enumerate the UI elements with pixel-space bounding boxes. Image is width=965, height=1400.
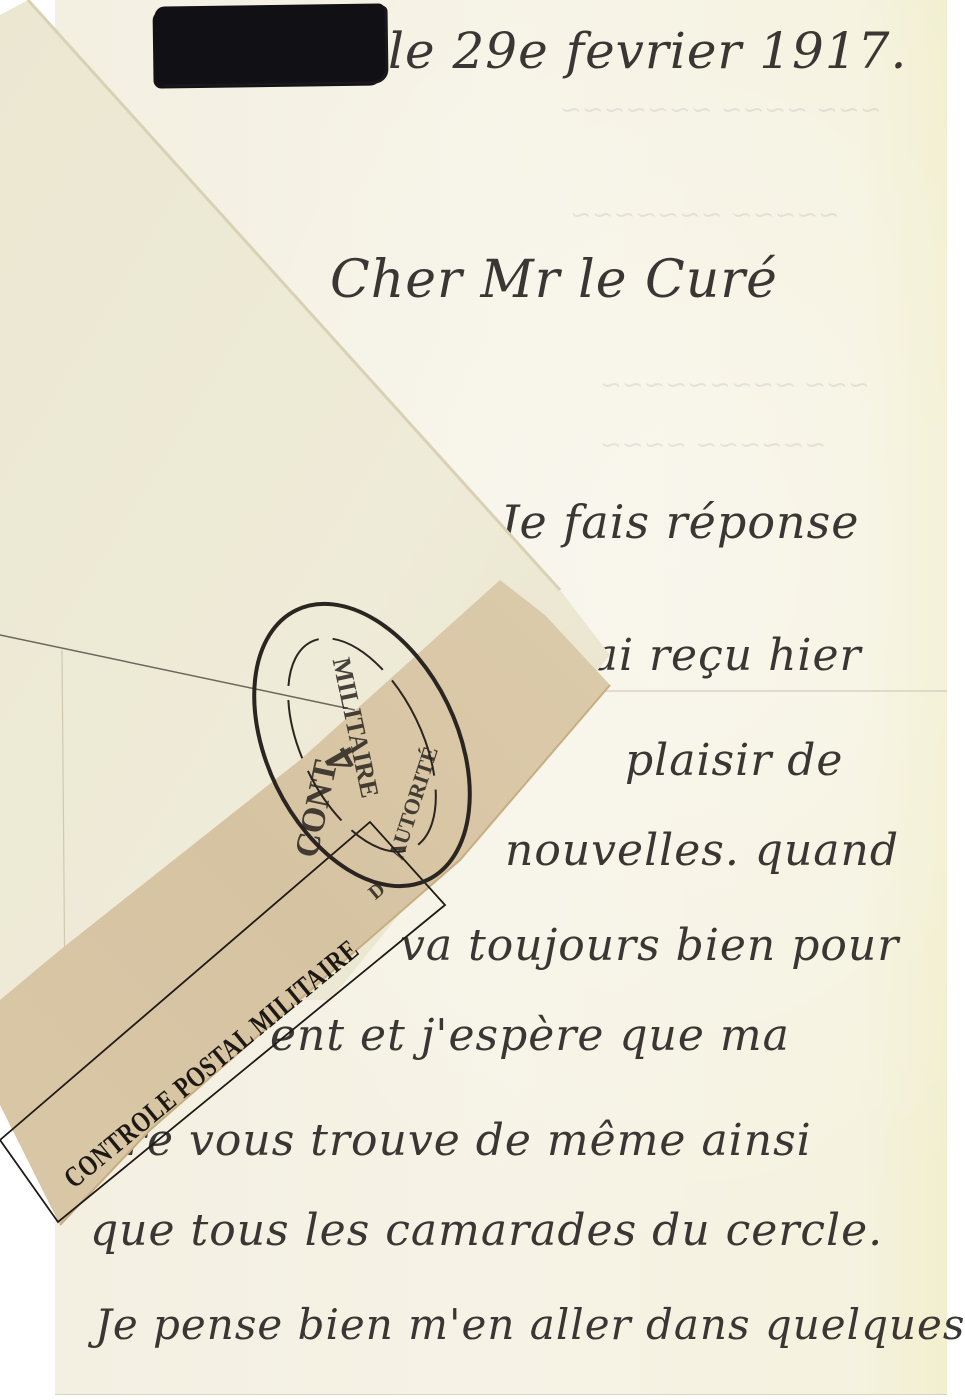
- envelope: [0, 0, 965, 1400]
